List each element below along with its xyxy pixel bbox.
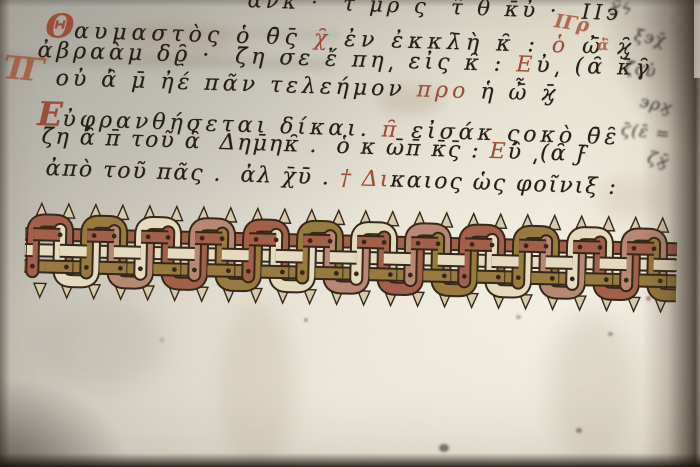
photo-grain-texture bbox=[0, 0, 700, 467]
manuscript-photo: ανκ̑ · τ̑ μρ ς τ̑ θ κ̄ὐ · ΙΙ϶Θαυμαστὸς ὁ… bbox=[0, 0, 700, 467]
